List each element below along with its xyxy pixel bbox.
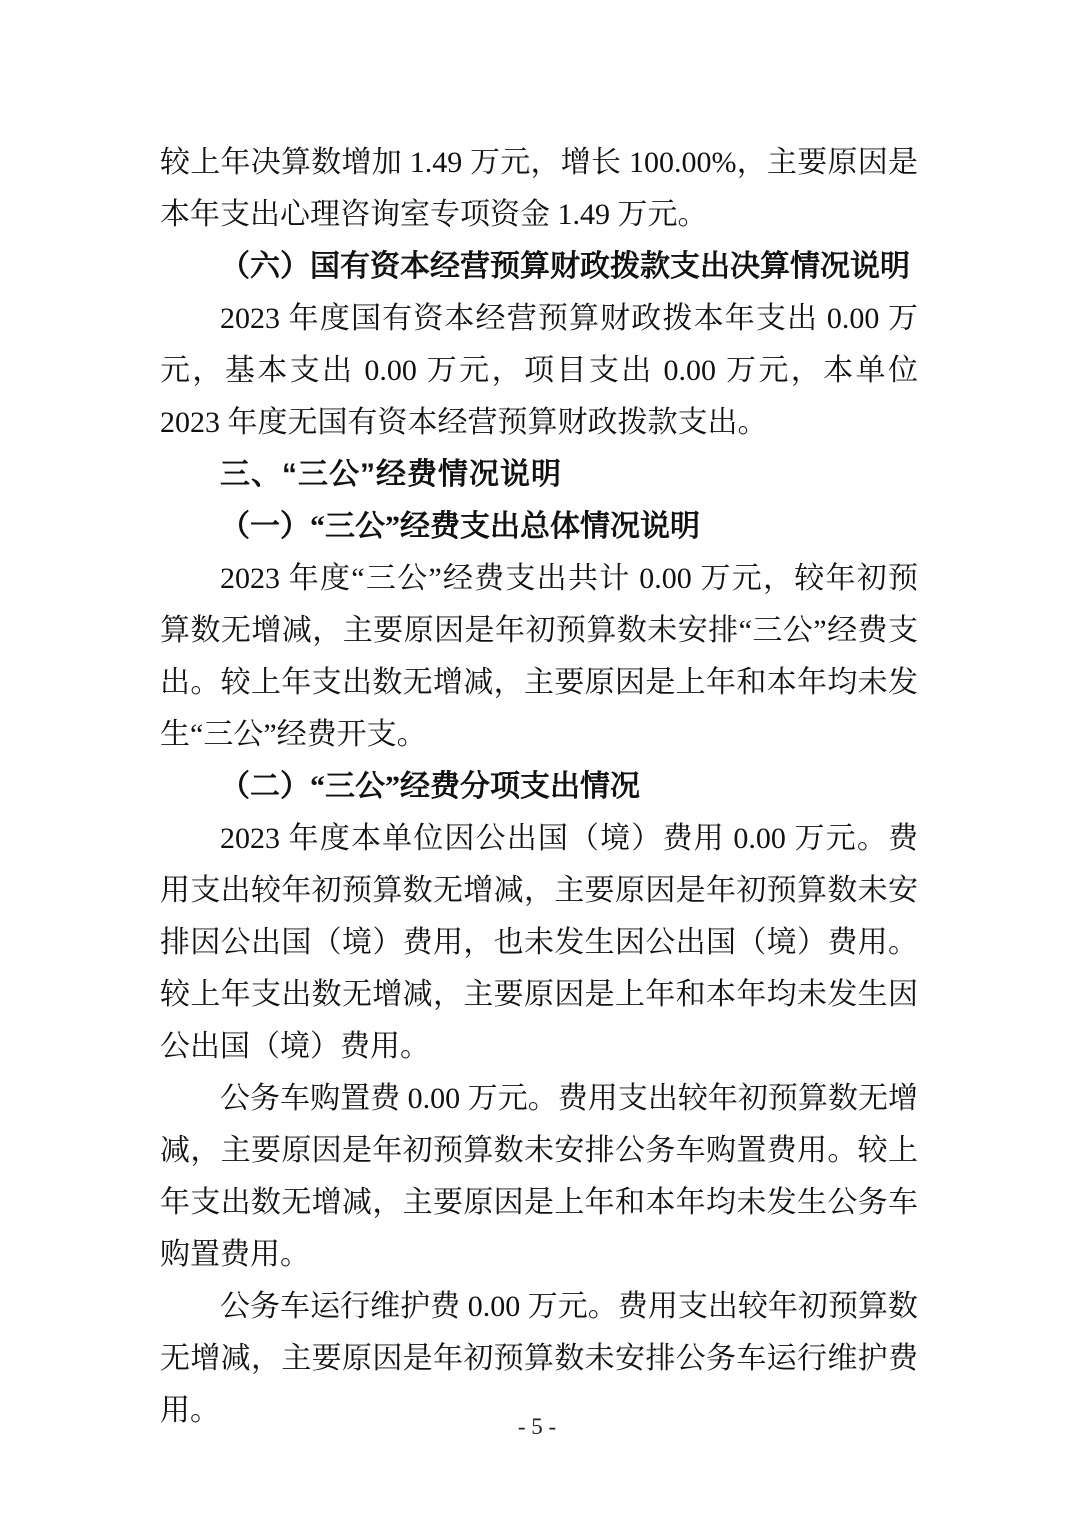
document-page: 较上年决算数增加 1.49 万元，增长 100.00%，主要原因是本年支出心理咨… [0,0,1074,1520]
page-number: - 5 - [518,1414,556,1439]
paragraph: 较上年决算数增加 1.49 万元，增长 100.00%，主要原因是本年支出心理咨… [160,137,918,241]
document-content: 较上年决算数增加 1.49 万元，增长 100.00%，主要原因是本年支出心理咨… [160,137,918,1437]
page-footer: - 5 - [0,1414,1074,1440]
section-heading: （二）“三公”经费分项支出情况 [160,761,918,813]
paragraph: 2023 年度本单位因公出国（境）费用 0.00 万元。费用支出较年初预算数无增… [160,813,918,1073]
paragraph: 2023 年度“三公”经费支出共计 0.00 万元，较年初预算数无增减，主要原因… [160,553,918,761]
section-heading: 三、“三公”经费情况说明 [160,449,918,501]
paragraph: 2023 年度国有资本经营预算财政拨本年支出 0.00 万元，基本支出 0.00… [160,293,918,449]
section-heading: （一）“三公”经费支出总体情况说明 [160,501,918,553]
paragraph: 公务车购置费 0.00 万元。费用支出较年初预算数无增减，主要原因是年初预算数未… [160,1073,918,1281]
section-heading: （六）国有资本经营预算财政拨款支出决算情况说明 [160,241,918,293]
